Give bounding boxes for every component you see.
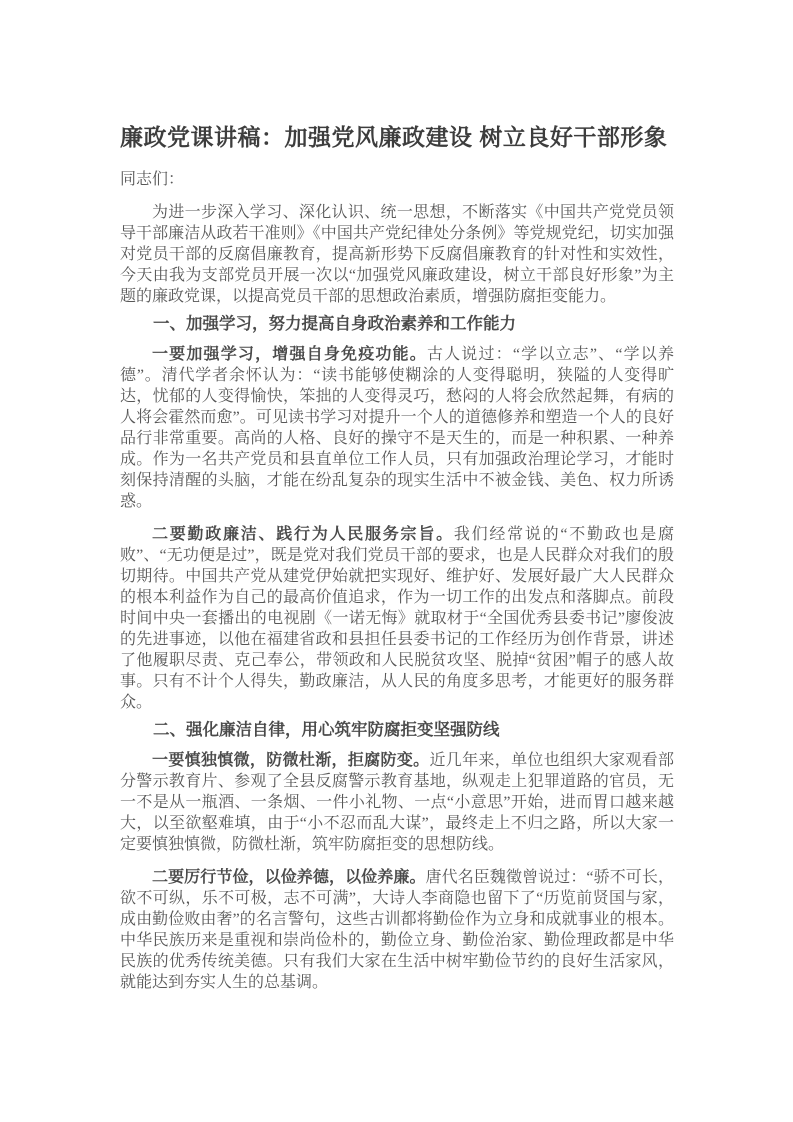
paragraph: 一要加强学习，增强自身免疫功能。古人说过：“学以立志”、“学以养德”。清代学者余…	[120, 344, 674, 512]
paragraph-lead: 二要厉行节俭，以俭养德，以俭养廉。	[152, 869, 426, 886]
document-body: 廉政党课讲稿：加强党风廉政建设 树立良好干部形象 同志们： 为进一步深入学习、深…	[120, 120, 674, 993]
paragraph: 为进一步深入学习、深化认识、统一思想，不断落实《中国共产党党员领导干部廉洁从政若…	[120, 202, 674, 307]
paragraph-lead: 二要勤政廉洁、践行为人民服务宗旨。	[152, 526, 454, 543]
paragraph-text: 唐代名臣魏徵曾说过：“骄不可长，欲不可纵，乐不可极，志不可满”，大诗人李商隐也留…	[120, 869, 674, 991]
paragraph: 二要厉行节俭，以俭养德，以俭养廉。唐代名臣魏徵曾说过：“骄不可长，欲不可纵，乐不…	[120, 867, 674, 993]
paragraph-text: 为进一步深入学习、深化认识、统一思想，不断落实《中国共产党党员领导干部廉洁从政若…	[120, 204, 674, 305]
document-page: 廉政党课讲稿：加强党风廉政建设 树立良好干部形象 同志们： 为进一步深入学习、深…	[0, 0, 793, 1122]
section-heading-1: 一、加强学习，努力提高自身政治素养和工作能力	[120, 314, 674, 335]
paragraph-text: 古人说过：“学以立志”、“学以养德”。清代学者余怀认为：“读书能够使糊涂的人变得…	[120, 346, 674, 510]
document-title: 廉政党课讲稿：加强党风廉政建设 树立良好干部形象	[120, 120, 674, 154]
paragraph: 二要勤政廉洁、践行为人民服务宗旨。我们经常说的“不勤政也是腐败”、“无功便是过”…	[120, 524, 674, 713]
paragraph: 一要慎独慎微，防微杜渐，拒腐防变。近几年来，单位也组织大家观看部分警示教育片、参…	[120, 750, 674, 855]
paragraph-lead: 一要加强学习，增强自身免疫功能。	[152, 346, 427, 363]
salutation: 同志们：	[120, 169, 674, 190]
section-heading-2: 二、强化廉洁自律，用心筑牢防腐拒变坚强防线	[120, 720, 674, 741]
paragraph-lead: 一要慎独慎微，防微杜渐，拒腐防变。	[152, 752, 429, 769]
paragraph-text: 我们经常说的“不勤政也是腐败”、“无功便是过”，既是党对我们党员干部的要求，也是…	[120, 526, 674, 711]
